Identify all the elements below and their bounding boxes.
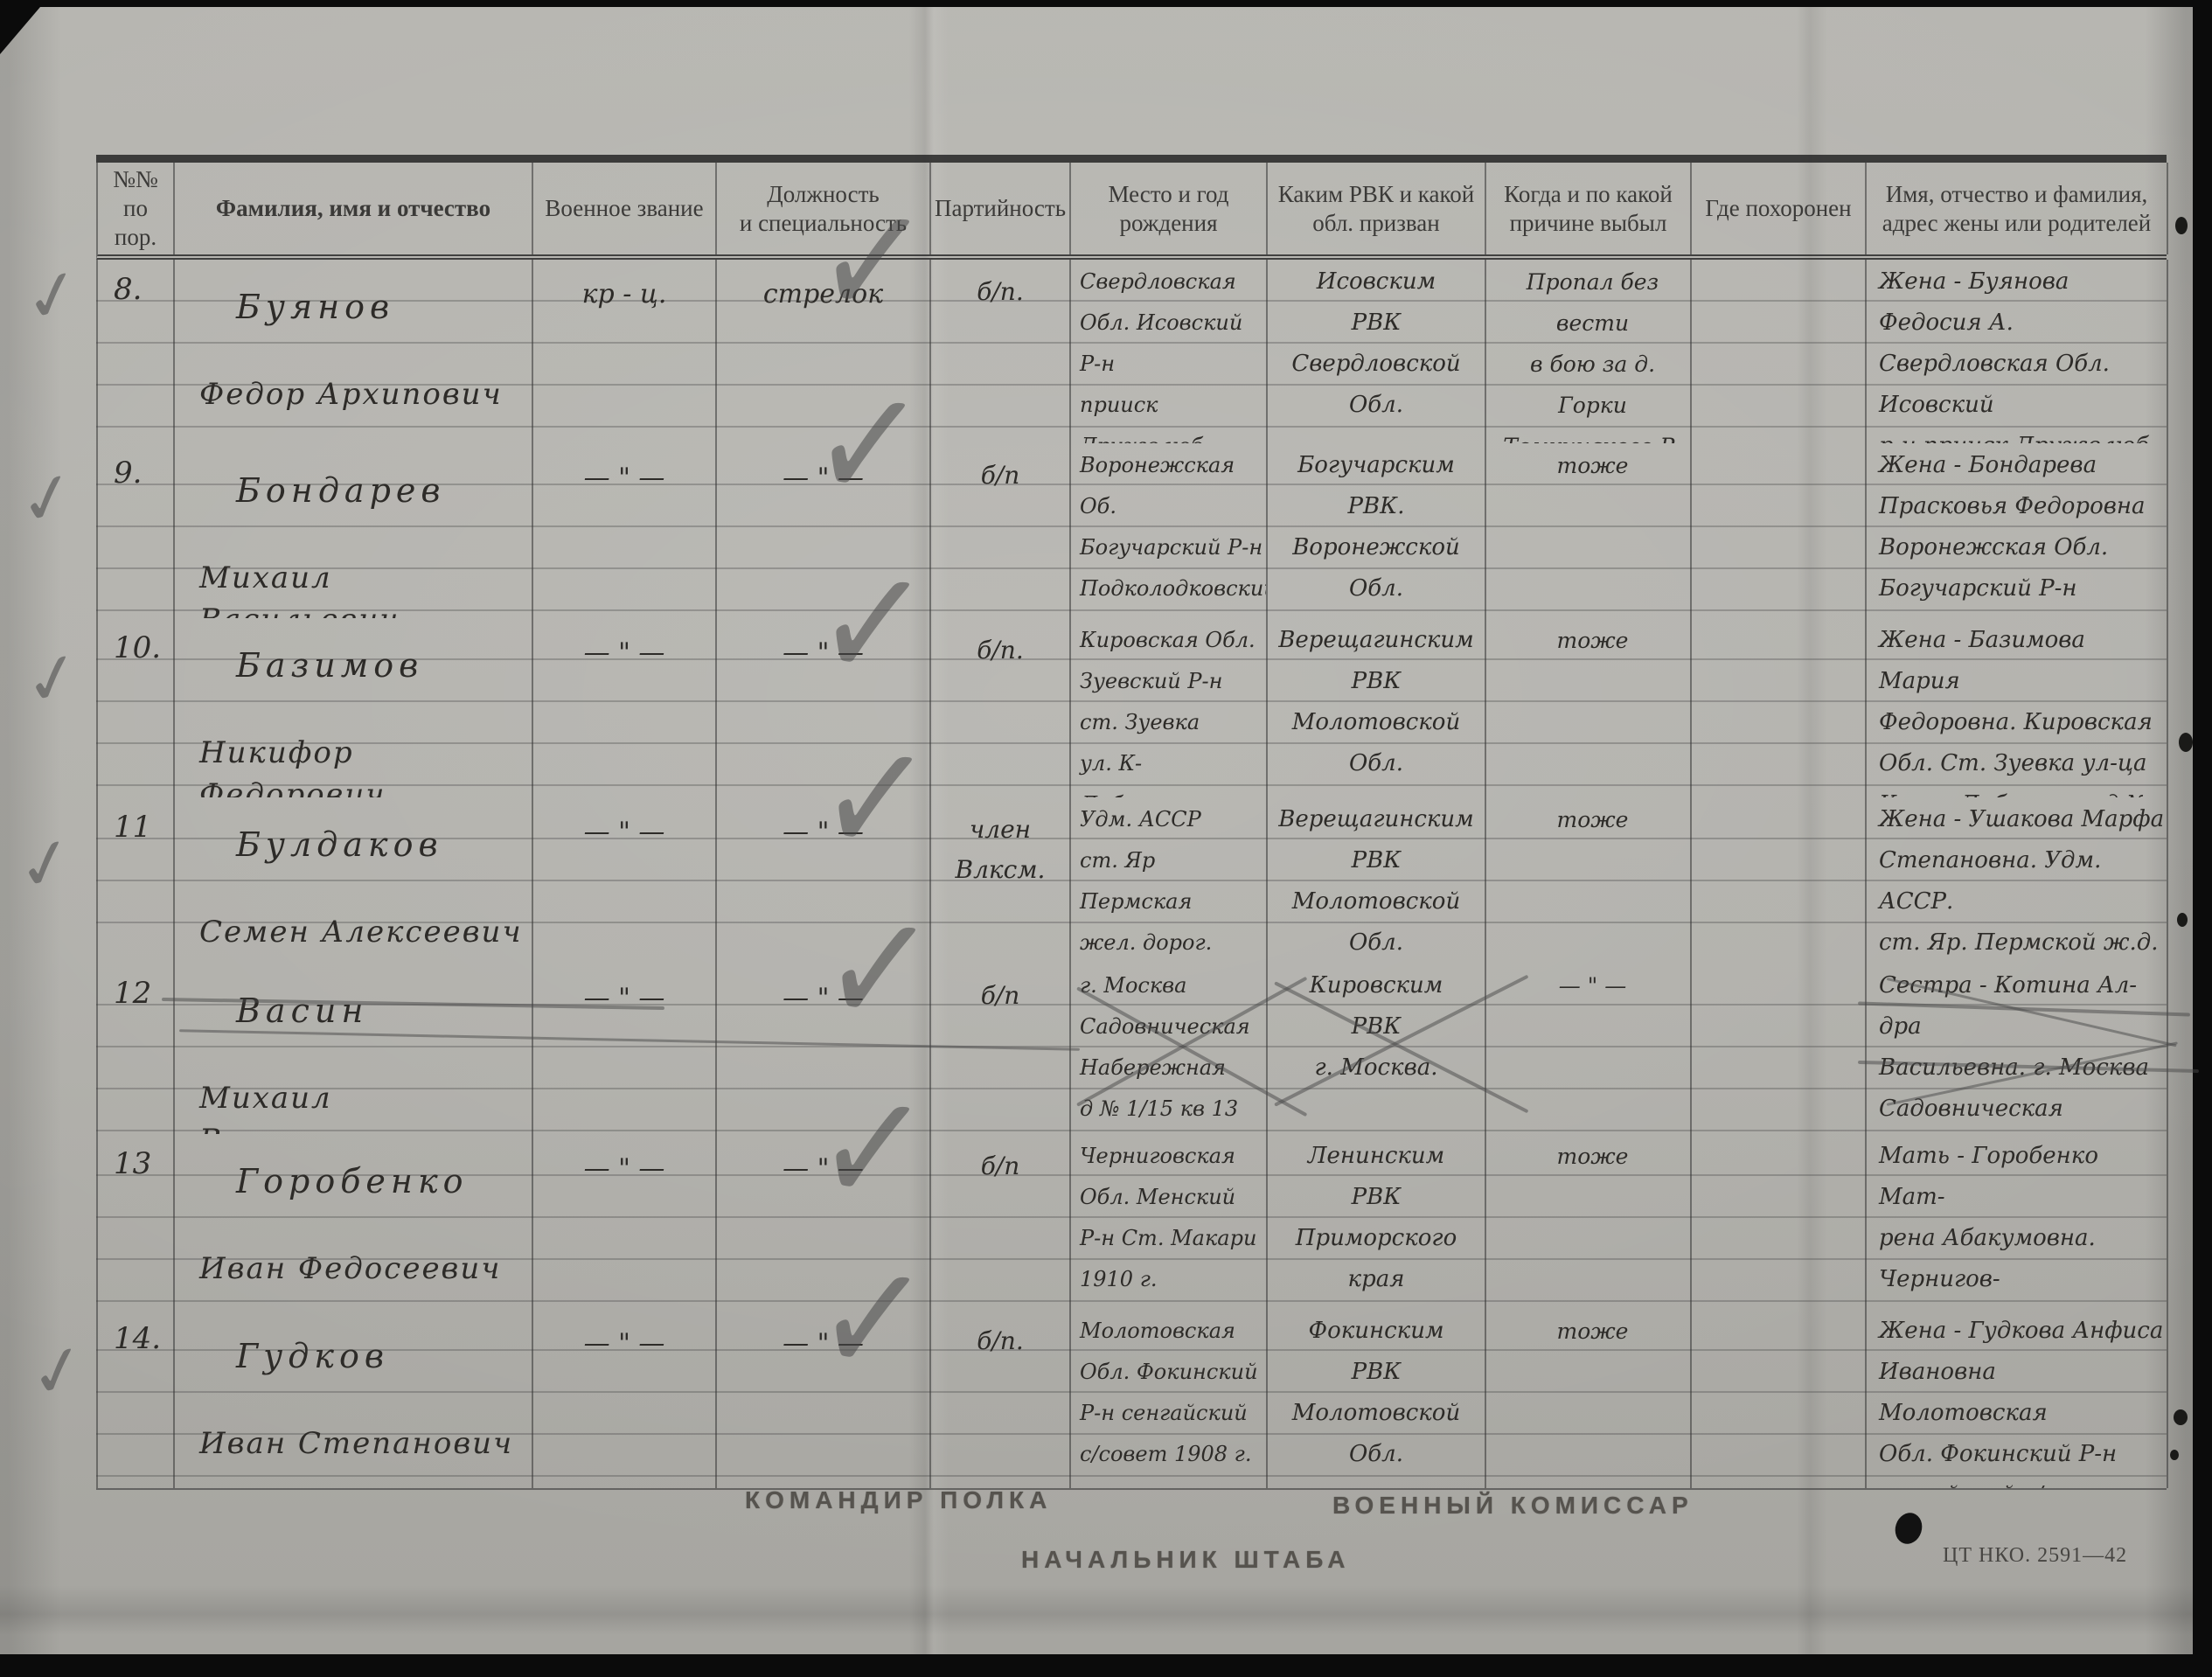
- cell-rvk: Кировским РВК г. Москва.: [1268, 964, 1486, 1134]
- table-row: 11 Булдаков Семен Алексеевич — " — — " —…: [96, 797, 2167, 964]
- cell-surname: Гудков: [236, 1335, 532, 1377]
- pencil-check-mark: ✓: [810, 1230, 935, 1409]
- paper-hole: [2177, 913, 2188, 927]
- col-header-reason: Когда и по какой причине выбыл: [1486, 163, 1692, 254]
- table-row: 14. Гудков Иван Степанович — " — — " — б…: [96, 1309, 2167, 1488]
- cell-fullname: Базимов Никифор Федорович: [175, 618, 533, 797]
- cell-reason: тоже: [1486, 443, 1692, 618]
- cell-givenname: Никифор Федорович: [199, 732, 532, 797]
- cell-fullname: Гудков Иван Степанович: [175, 1309, 533, 1488]
- col-header-rvk: Каким РВК и какой обл. призван: [1268, 163, 1486, 254]
- cell-number: 12: [98, 964, 175, 1134]
- cell-family: Жена - Буянова Федосия А. Свердловская О…: [1867, 260, 2168, 443]
- cell-burial: [1692, 1134, 1867, 1309]
- cell-surname: Горобенко: [236, 1160, 532, 1202]
- table-row-struck: 12 Васин Михаил Васильевич — " — — " — б…: [96, 964, 2167, 1134]
- cell-number: 8.: [98, 260, 175, 443]
- col-header-family: Имя, отчество и фамилия, адрес жены или …: [1867, 163, 2168, 254]
- cell-reason: тоже: [1486, 1134, 1692, 1309]
- cell-rvk: Ленинским РВК Приморского края: [1268, 1134, 1486, 1309]
- cell-burial: [1692, 964, 1867, 1134]
- cell-surname: Буянов: [236, 286, 532, 328]
- footer-form-code: ЦТ НКО. 2591—42: [1943, 1544, 2127, 1568]
- cell-rank: кр - ц.: [533, 260, 717, 443]
- cell-givenname: Михаил Васильевич: [199, 1077, 532, 1134]
- cell-birthplace: Свердловская Обл. Исовский Р-н прииск Др…: [1071, 260, 1268, 443]
- col-header-burial: Где похоронен: [1692, 163, 1867, 254]
- cell-party: член Влксм.: [931, 797, 1071, 964]
- col-header-party: Партийность: [931, 163, 1071, 254]
- cell-givenname: Михаил Васильевич: [199, 557, 532, 618]
- cell-fullname: Васин Михаил Васильевич: [175, 964, 533, 1134]
- cell-family: Мать - Горобенко Мат- рена Абакумовна. Ч…: [1867, 1134, 2168, 1309]
- table-row: 9. Бондарев Михаил Васильевич — " — — " …: [96, 443, 2167, 618]
- col-header-fullname: Фамилия, имя и отчество: [175, 163, 533, 254]
- cell-party: б/п.: [931, 618, 1071, 797]
- cell-birthplace: Молотовская Обл. Фокинский Р-н сенгайски…: [1071, 1309, 1268, 1488]
- cell-number: 10.: [98, 618, 175, 797]
- pencil-check-mark: ✓: [810, 1060, 935, 1239]
- cell-birthplace: Черниговская Обл. Менский Р-н Ст. Макари…: [1071, 1134, 1268, 1309]
- pencil-check-mark: ✓: [810, 535, 935, 714]
- scanned-document-page: №№ по пор. Фамилия, имя и отчество Военн…: [0, 0, 2212, 1677]
- cell-family: Жена - Ушакова Марфа Степановна. Удм. АС…: [1867, 797, 2168, 964]
- cell-givenname: Федор Архипович: [199, 373, 532, 415]
- pencil-check-mark: ✓: [812, 710, 937, 889]
- cell-rank: — " —: [533, 964, 717, 1134]
- cell-surname: Бондарев: [236, 470, 532, 511]
- cell-party: б/п: [931, 443, 1071, 618]
- cell-number: 13: [98, 1134, 175, 1309]
- cell-family: Жена - Гудкова Анфиса Ивановна Молотовск…: [1867, 1309, 2168, 1488]
- cell-birthplace: Воронежская Об. Богучарский Р-н Подколод…: [1071, 443, 1268, 618]
- table-header-row: №№ по пор. Фамилия, имя и отчество Военн…: [96, 163, 2167, 260]
- cell-surname: Булдаков: [236, 824, 532, 866]
- cell-rank: — " —: [533, 1309, 717, 1488]
- footer-chief-of-staff-label: НАЧАЛЬНИК ШТАБА: [1021, 1546, 1351, 1574]
- cell-fullname: Горобенко Иван Федосеевич: [175, 1134, 533, 1309]
- col-header-birthplace: Место и год рождения: [1071, 163, 1268, 254]
- cell-fullname: Буянов Федор Архипович: [175, 260, 533, 443]
- cell-rvk: Богучарским РВК. Воронежской Обл.: [1268, 443, 1486, 618]
- cell-reason: тоже: [1486, 797, 1692, 964]
- cell-rank: — " —: [533, 618, 717, 797]
- cell-birthplace: г. Москва Садовническая Набережная д № 1…: [1071, 964, 1268, 1134]
- cell-reason: тоже: [1486, 618, 1692, 797]
- cell-fullname: Булдаков Семен Алексеевич: [175, 797, 533, 964]
- col-header-number: №№ по пор.: [98, 163, 175, 254]
- cell-rvk: Верещагинским РВК Молотовской Обл.: [1268, 797, 1486, 964]
- cell-givenname: Иван Степанович: [199, 1423, 532, 1465]
- cell-burial: [1692, 618, 1867, 797]
- cell-reason: Пропал без вести в бою за д. Горки Темки…: [1486, 260, 1692, 443]
- cell-party: б/п: [931, 1134, 1071, 1309]
- table-row: 10. Базимов Никифор Федорович — " — — " …: [96, 618, 2167, 797]
- pencil-check-mark: ✓: [810, 172, 935, 351]
- corner-shadow: [0, 7, 40, 54]
- cell-rank: — " —: [533, 443, 717, 618]
- cell-rank: — " —: [533, 797, 717, 964]
- cell-party: б/п.: [931, 260, 1071, 443]
- cell-number: 14.: [98, 1309, 175, 1488]
- paper-hole: [2170, 1450, 2179, 1460]
- cell-fullname: Бондарев Михаил Васильевич: [175, 443, 533, 618]
- cell-rvk: Верещагинским РВК Молотовской Обл.: [1268, 618, 1486, 797]
- cell-surname: Базимов: [236, 644, 532, 686]
- footer-commissar-label: ВОЕННЫЙ КОМИССАР: [1332, 1492, 1694, 1520]
- paper-hole: [2174, 1409, 2188, 1425]
- cell-family: Жена - Бондарева Прасковья Федоровна Вор…: [1867, 443, 2168, 618]
- cell-number: 9.: [98, 443, 175, 618]
- col-header-rank: Военное звание: [533, 163, 717, 254]
- table-row: 8. Буянов Федор Архипович кр - ц. стрело…: [96, 260, 2167, 443]
- pencil-check-mark: ✓: [816, 880, 941, 1060]
- footer-commander-label: КОМАНДИР ПОЛКА: [745, 1486, 1052, 1514]
- casualty-table: №№ по пор. Фамилия, имя и отчество Военн…: [96, 155, 2167, 1490]
- cell-party: б/п.: [931, 1309, 1071, 1488]
- pencil-check-mark: ✓: [805, 356, 930, 535]
- table-row: 13 Горобенко Иван Федосеевич — " — — " —…: [96, 1134, 2167, 1309]
- cell-birthplace: Удм. АССР ст. Яр Пермская жел. дорог. 19…: [1071, 797, 1268, 964]
- cell-rvk: Фокинским РВК Молотовской Обл.: [1268, 1309, 1486, 1488]
- paper-hole: [2175, 217, 2188, 234]
- cell-givenname: Семен Алексеевич: [199, 911, 532, 953]
- cell-burial: [1692, 1309, 1867, 1488]
- cell-birthplace: Кировская Обл. Зуевский Р-н ст. Зуевка у…: [1071, 618, 1268, 797]
- cell-rvk: Исовским РВК Свердловской Обл.: [1268, 260, 1486, 443]
- cell-rank: — " —: [533, 1134, 717, 1309]
- paper-hole: [2179, 733, 2193, 752]
- cell-reason: тоже: [1486, 1309, 1692, 1488]
- cell-burial: [1692, 797, 1867, 964]
- cell-family: Жена - Базимова Мария Федоровна. Кировск…: [1867, 618, 2168, 797]
- cell-surname: Васин: [236, 990, 532, 1032]
- cell-burial: [1692, 260, 1867, 443]
- cell-givenname: Иван Федосеевич: [199, 1248, 532, 1290]
- cell-burial: [1692, 443, 1867, 618]
- cell-number: 11: [98, 797, 175, 964]
- cell-family: Сестра - Котина Ал-дра Васильевна. г. Мо…: [1867, 964, 2168, 1134]
